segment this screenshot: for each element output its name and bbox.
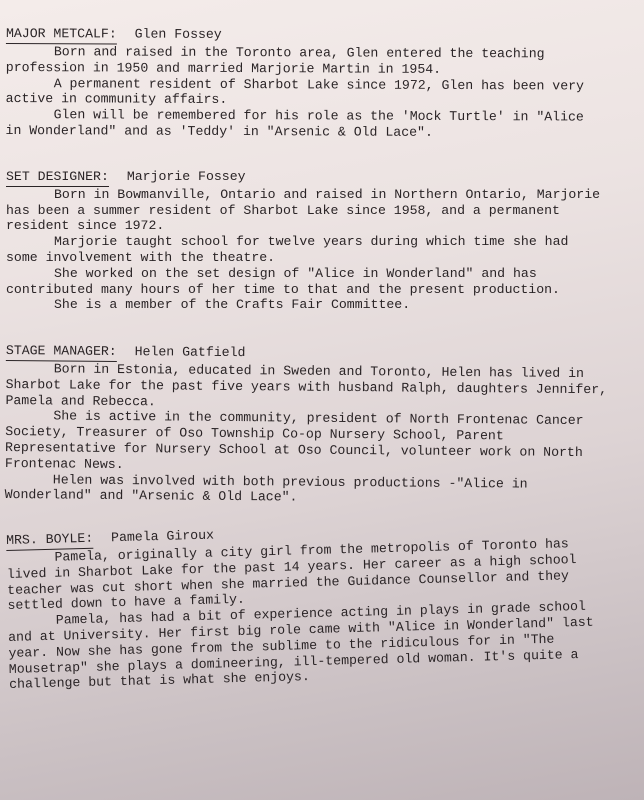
bio-stage-manager: STAGE MANAGER: Helen Gatfield Born in Es…: [5, 343, 636, 509]
actor-name: Marjorie Fossey: [127, 169, 246, 184]
program-page: MAJOR METCALF: Glen Fossey Born and rais…: [6, 26, 636, 724]
bio-paragraph: She is a member of the Crafts Fair Commi…: [6, 297, 606, 313]
bio-paragraph: Pamela, has had a bit of experience acti…: [8, 599, 599, 693]
bio-paragraph: Born in Bowmanville, Ontario and raised …: [6, 187, 606, 234]
bio-paragraph: She is active in the community, presiden…: [5, 409, 622, 478]
bio-paragraph: Glen will be remembered for his role as …: [6, 107, 606, 141]
bio-mrs-boyle: MRS. BOYLE: Pamela Giroux Pamela, origin…: [6, 517, 639, 694]
bio-heading: SET DESIGNER: Marjorie Fossey: [6, 169, 636, 187]
role-title: SET DESIGNER:: [6, 169, 109, 187]
actor-name: Pamela Giroux: [111, 528, 214, 546]
bio-paragraph: Marjorie taught school for twelve years …: [6, 234, 606, 266]
bio-paragraph: Helen was involved with both previous pr…: [5, 472, 621, 509]
bio-paragraph: Born and raised in the Toronto area, Gle…: [6, 44, 606, 78]
bio-paragraph: A permanent resident of Sharbot Lake sin…: [6, 76, 606, 110]
role-title: MAJOR METCALF:: [6, 26, 117, 44]
role-title: STAGE MANAGER:: [6, 343, 117, 362]
bio-paragraph: She worked on the set design of "Alice i…: [6, 266, 606, 298]
bio-major-metcalf: MAJOR METCALF: Glen Fossey Born and rais…: [6, 26, 636, 142]
actor-name: Glen Fossey: [135, 27, 222, 42]
bio-paragraph: Born in Estonia, educated in Sweden and …: [5, 361, 621, 414]
actor-name: Helen Gatfield: [135, 344, 246, 360]
bio-set-designer: SET DESIGNER: Marjorie Fossey Born in Bo…: [6, 169, 636, 313]
